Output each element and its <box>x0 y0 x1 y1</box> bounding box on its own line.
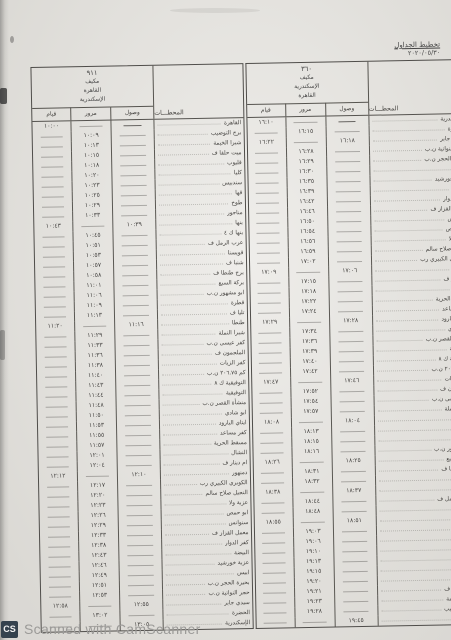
departure-cell <box>34 201 72 212</box>
departure-cell <box>36 311 74 322</box>
right-train-destination: القاهرة <box>246 91 367 102</box>
departure-cell <box>255 537 293 548</box>
departure-cell <box>253 437 291 448</box>
right-train-info: ٣٦٠ مكيف الإسكندرية القاهرة <box>246 62 368 104</box>
departure-cell <box>249 217 287 228</box>
departure-cell <box>40 561 78 572</box>
departure-cell <box>249 237 287 248</box>
departure-cell <box>250 307 288 318</box>
departure-cell <box>255 547 293 558</box>
departure-cell <box>40 511 78 522</box>
departure-cell <box>256 587 294 598</box>
departure-cell <box>33 131 71 142</box>
departure-cell: ١٨:٢٦ <box>253 457 291 468</box>
departure-cell <box>251 347 289 358</box>
left-train-info: ٩١١ مكيف القاهرة الإسكندرية <box>31 66 153 108</box>
scanned-timetable-page: تخطيط الجداول ٢٠٢٠/٠٥/٣٠ ٩١١ مكيف القاهر… <box>30 40 451 633</box>
departure-cell <box>251 337 289 348</box>
departure-cell <box>249 257 287 268</box>
departure-cell: ١٠:٠٠ <box>32 121 70 132</box>
timetable-sheet: ٩١١ مكيف القاهرة الإسكندرية قيام مرور وص… <box>30 59 451 633</box>
departure-cell <box>252 407 290 418</box>
scan-artifact <box>0 88 7 104</box>
scan-artifact <box>10 36 14 43</box>
camscanner-logo: CS <box>1 621 18 638</box>
timetable-right-header: ٣٦٠ مكيف الإسكندرية القاهرة قيام مرور وص… <box>246 60 451 118</box>
departure-cell: ١٧:٠٩ <box>250 267 288 278</box>
departure-cell <box>35 271 73 282</box>
departure-cell <box>40 551 78 562</box>
scan-artifact <box>170 8 260 13</box>
departure-cell <box>252 397 290 408</box>
departure-cell <box>37 381 75 392</box>
col-header-arrival: وصول <box>110 106 153 120</box>
departure-cell <box>253 427 291 438</box>
departure-cell <box>36 301 74 312</box>
departure-cell: ١٦:١٠ <box>247 117 285 128</box>
departure-cell: ١٢:٥٨ <box>41 601 79 612</box>
departure-cell <box>34 211 72 222</box>
left-train-destination: الإسكندرية <box>32 95 153 106</box>
departure-cell <box>247 147 285 158</box>
departure-cell <box>253 447 291 458</box>
col-header-stations: المحطـــات <box>367 60 451 115</box>
camscanner-footer: CS Scanned with CamScanner <box>0 618 451 640</box>
col-header-departure: قيام <box>247 103 285 117</box>
departure-cell <box>33 141 71 152</box>
departure-cell: ١٨:٠٨ <box>252 417 290 428</box>
departure-cell <box>249 227 287 238</box>
camscanner-footer-text: Scanned with CamScanner <box>24 621 201 637</box>
departure-cell: ١٨:٥٥ <box>254 517 292 528</box>
departure-cell <box>248 157 286 168</box>
departure-cell <box>254 527 292 538</box>
departure-cell <box>248 167 286 178</box>
col-header-passing: مرور <box>285 103 325 117</box>
departure-cell <box>247 127 285 138</box>
departure-cell <box>34 231 72 242</box>
departure-cell: ١٧:٢٩ <box>251 317 289 328</box>
departure-cell: ١١:٢٠ <box>36 321 74 332</box>
departure-cell <box>34 191 72 202</box>
departure-cell <box>248 177 286 188</box>
left-train-rows: ١٠:٠٠القاهرة١٠:٠٩برج التوضيب١٠:١٣شبرا ال… <box>32 118 252 632</box>
departure-cell <box>39 481 77 492</box>
departure-cell <box>251 357 289 368</box>
departure-cell <box>41 591 79 602</box>
timetable-right-train: ٣٦٠ مكيف الإسكندرية القاهرة قيام مرور وص… <box>245 59 451 629</box>
departure-cell <box>34 181 72 192</box>
departure-cell <box>254 507 292 518</box>
departure-cell <box>39 461 77 472</box>
departure-cell <box>38 411 76 422</box>
departure-cell <box>38 401 76 412</box>
col-header-stations: المحطـــات <box>152 64 242 119</box>
departure-cell <box>37 391 75 402</box>
departure-cell: ١٦:٢٢ <box>247 137 285 148</box>
departure-cell <box>37 371 75 382</box>
departure-cell <box>254 497 292 508</box>
departure-cell <box>38 421 76 432</box>
departure-cell <box>41 581 79 592</box>
departure-cell <box>35 281 73 292</box>
departure-cell <box>36 291 74 302</box>
departure-cell: ١٢:١٢ <box>39 471 77 482</box>
col-header-passing: مرور <box>70 107 110 121</box>
right-train-rows: ١٦:١٠الإسكندرية١٦:١٥الحضرة١٦:٢٢١٦:١٨سيدي… <box>247 114 451 628</box>
departure-cell <box>39 501 77 512</box>
col-header-arrival: وصول <box>325 102 368 116</box>
departure-cell <box>256 607 294 618</box>
departure-cell: ١٠:٤٣ <box>34 221 72 232</box>
scan-artifact <box>0 330 5 360</box>
timetable-left-header: ٩١١ مكيف القاهرة الإسكندرية قيام مرور وص… <box>31 64 242 122</box>
departure-cell <box>249 247 287 258</box>
departure-cell <box>41 571 79 582</box>
col-header-departure: قيام <box>32 107 70 121</box>
departure-cell <box>39 491 77 502</box>
departure-cell <box>251 327 289 338</box>
timetable-left-train: ٩١١ مكيف القاهرة الإسكندرية قيام مرور وص… <box>30 63 253 633</box>
departure-cell <box>256 597 294 608</box>
